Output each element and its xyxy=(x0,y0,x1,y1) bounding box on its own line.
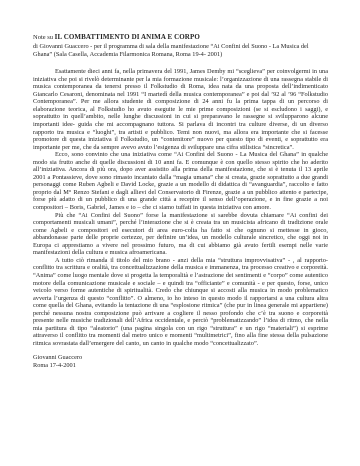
signature-place-date: Roma 17-4-2001 xyxy=(33,362,328,370)
title-prefix: Note su xyxy=(33,34,55,41)
paragraph-4: A tutto ciò rimanda il titolo del mio br… xyxy=(33,257,328,348)
title-main: IL COMBATTIMENTO DI ANIMA E CORPO xyxy=(55,33,200,41)
paragraph-2: Ecco, sono convinto che una iniziativa c… xyxy=(33,151,328,211)
document-subtitle: di Giovanni Guaccero - per il programma … xyxy=(33,43,328,60)
paragraph-1: Esattamente dieci anni fa, nella primave… xyxy=(33,68,328,151)
document-body: Esattamente dieci anni fa, nella primave… xyxy=(33,68,328,347)
document-title: Note su IL COMBATTIMENTO DI ANIMA E CORP… xyxy=(33,33,328,43)
signature-block: Giovanni Guaccero Roma 17-4-2001 xyxy=(33,354,328,370)
paragraph-3: Più che “Ai Confini del Suono” forse la … xyxy=(33,212,328,257)
document-page: Note su IL COMBATTIMENTO DI ANIMA E CORP… xyxy=(0,0,360,466)
signature-name: Giovanni Guaccero xyxy=(33,354,328,362)
document-header: Note su IL COMBATTIMENTO DI ANIMA E CORP… xyxy=(33,33,328,59)
